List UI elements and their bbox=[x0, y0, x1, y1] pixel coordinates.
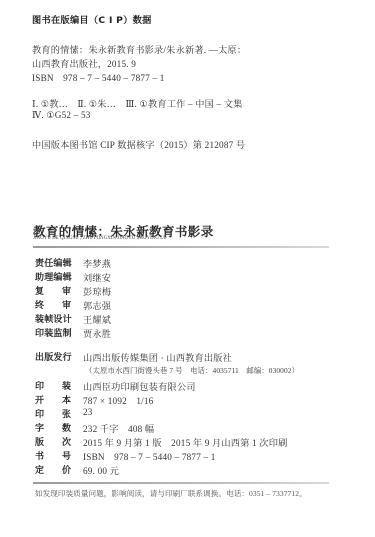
detail-label-first-char: 印 bbox=[35, 407, 44, 420]
title-divider bbox=[33, 246, 329, 248]
detail-label-second-char: 号 bbox=[62, 449, 71, 462]
staff-value: 李梦燕 bbox=[83, 256, 111, 270]
detail-value: 山西臣功印刷包装有限公司 bbox=[83, 379, 196, 393]
detail-label-first-char: 印 bbox=[35, 379, 44, 392]
publisher-label: 出版发行 bbox=[35, 350, 72, 363]
detail-label-second-char: 数 bbox=[62, 421, 71, 434]
staff-label: 印装监制 bbox=[35, 326, 72, 339]
book-title-pinyin: JIAOYU DE QINGSU ; ZHUYONGXIN JIAOYU SHU… bbox=[33, 236, 167, 241]
staff-label: 装帧设计 bbox=[35, 312, 72, 325]
detail-label-first-char: 版 bbox=[35, 435, 44, 448]
staff-value: 贾永胜 bbox=[83, 326, 111, 340]
staff-value: 刘继安 bbox=[83, 270, 111, 284]
staff-value: 彭琼梅 bbox=[83, 284, 111, 298]
staff-label-second-char: 审 bbox=[62, 298, 71, 311]
staff-label: 助理编辑 bbox=[35, 270, 72, 283]
detail-label-first-char: 字 bbox=[35, 421, 44, 434]
cip-classification-line-2: Ⅳ. ①G52 – 53 bbox=[32, 110, 91, 121]
publisher-value: 山西出版传媒集团 · 山西教育出版社 bbox=[83, 350, 232, 364]
staff-value: 郭志强 bbox=[83, 298, 111, 312]
cip-title-line: 教育的情愫：朱永新教育书影录/朱永新著. —太原： bbox=[32, 42, 246, 56]
detail-value: 2015 年 9 月第 1 版 2015 年 9 月山西第 1 次印刷 bbox=[83, 435, 288, 449]
cip-heading: 图书在版编目（C I P）数据 bbox=[32, 12, 152, 26]
print-quality-notice: 如发现印装质量问题，影响阅读，请与印刷厂联系调换。电话：0351 – 73377… bbox=[35, 488, 307, 499]
detail-label-second-char: 价 bbox=[62, 463, 71, 476]
detail-label-first-char: 开 bbox=[35, 393, 44, 406]
detail-value: 69. 00 元 bbox=[83, 463, 119, 477]
detail-label-first-char: 定 bbox=[35, 463, 44, 476]
staff-value: 王耀斌 bbox=[83, 312, 111, 326]
cip-record-number: 中国版本图书馆 CIP 数据核字（2015）第 212087 号 bbox=[32, 137, 245, 151]
staff-label-first-char: 终 bbox=[35, 298, 44, 311]
staff-label: 责任编辑 bbox=[35, 256, 72, 269]
cip-publisher-line: 山西教育出版社，2015. 9 bbox=[32, 56, 136, 70]
staff-label-second-char: 审 bbox=[62, 284, 71, 297]
detail-value: 232 千字 408 幅 bbox=[83, 421, 154, 435]
detail-value: 787 × 1092 1/16 bbox=[83, 393, 153, 407]
detail-value: 23 bbox=[83, 407, 93, 417]
detail-label-second-char: 张 bbox=[62, 407, 71, 420]
detail-label-first-char: 书 bbox=[35, 449, 44, 462]
detail-value: ISBN 978 – 7 – 5440 – 7877 – 1 bbox=[83, 449, 216, 463]
detail-label-second-char: 本 bbox=[62, 393, 71, 406]
cip-isbn-line: ISBN 978 – 7 – 5440 – 7877 – 1 bbox=[32, 70, 165, 84]
footer-divider bbox=[33, 482, 329, 484]
cip-classification-line-1: Ⅰ. ①教… Ⅱ. ①朱… Ⅲ. ①教育工作 – 中国 – 文集 bbox=[32, 96, 243, 110]
staff-label-first-char: 复 bbox=[35, 284, 44, 297]
detail-label-second-char: 次 bbox=[62, 435, 71, 448]
detail-label-second-char: 装 bbox=[62, 379, 71, 392]
publisher-address: （太原市水西门街馒头巷 7 号 电话：4035711 邮编：030002） bbox=[85, 365, 299, 376]
